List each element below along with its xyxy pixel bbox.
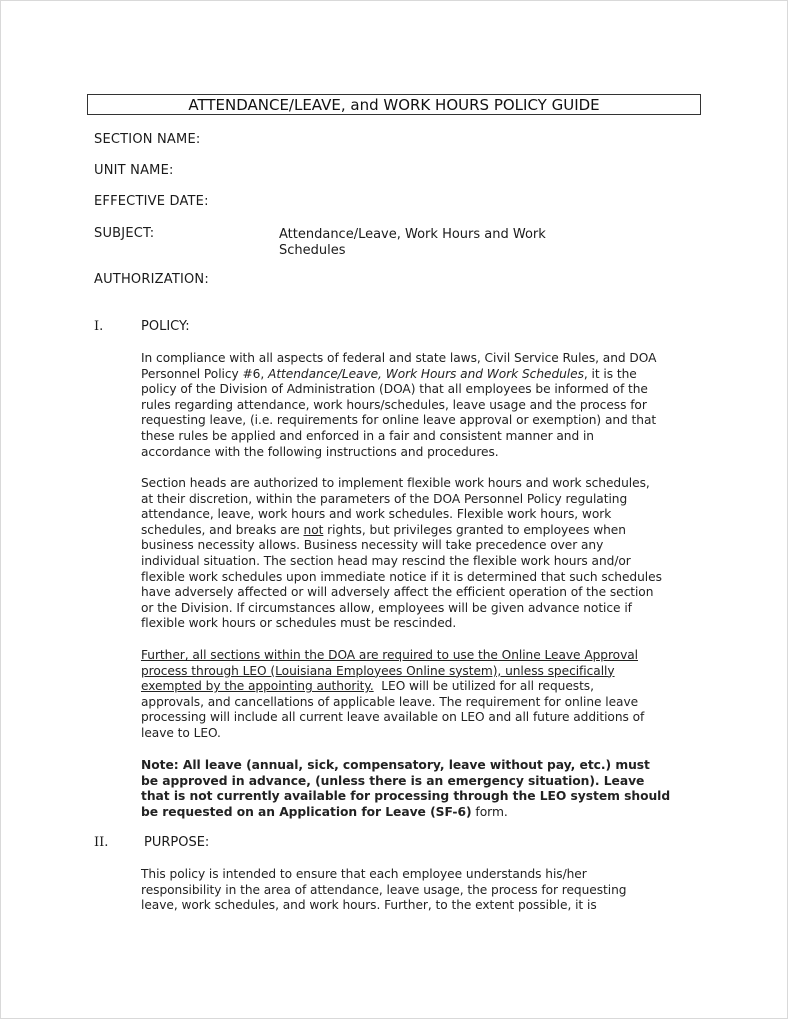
- text-line: In compliance with all aspects of federa…: [141, 351, 711, 367]
- text-line: at their discretion, within the paramete…: [141, 492, 711, 508]
- text-span: rights, but privileges granted to employ…: [323, 523, 626, 537]
- text-span-underlined: exempted by the appointing authority.: [141, 679, 374, 693]
- section-title-policy: POLICY:: [141, 319, 190, 334]
- effective-date-label: EFFECTIVE DATE:: [94, 194, 209, 209]
- section-title-purpose: PURPOSE:: [144, 835, 209, 850]
- text-line: attendance, leave, work hours and work s…: [141, 507, 711, 523]
- policy-reference-italic: Attendance/Leave, Work Hours and Work Sc…: [268, 367, 584, 381]
- text-line: business necessity allows. Business nece…: [141, 538, 711, 554]
- policy-paragraph-3: Further, all sections within the DOA are…: [141, 648, 711, 742]
- subject-label: SUBJECT:: [94, 226, 154, 241]
- subject-value: Attendance/Leave, Work Hours and Work Sc…: [279, 227, 609, 259]
- policy-paragraph-1: In compliance with all aspects of federa…: [141, 351, 711, 460]
- text-line: accordance with the following instructio…: [141, 445, 711, 461]
- text-line: This policy is intended to ensure that e…: [141, 867, 711, 883]
- text-line: these rules be applied and enforced in a…: [141, 429, 711, 445]
- text-line: processing will include all current leav…: [141, 710, 711, 726]
- subject-value-line: Schedules: [279, 243, 609, 259]
- text-line: schedules, and breaks are not rights, bu…: [141, 523, 711, 539]
- text-span: schedules, and breaks are: [141, 523, 304, 537]
- text-line: Personnel Policy #6, Attendance/Leave, W…: [141, 367, 711, 383]
- section-number: I.: [94, 319, 103, 334]
- note-line: be requested on an Application for Leave…: [141, 805, 711, 821]
- document-title: ATTENDANCE/LEAVE, and WORK HOURS POLICY …: [87, 94, 701, 115]
- text-line: policy of the Division of Administration…: [141, 382, 711, 398]
- text-line-underlined: process through LEO (Louisiana Employees…: [141, 664, 711, 680]
- text-line: individual situation. The section head m…: [141, 554, 711, 570]
- subject-value-line: Attendance/Leave, Work Hours and Work: [279, 227, 609, 243]
- note-span: be requested on an Application for Leave…: [141, 805, 472, 819]
- text-line: Section heads are authorized to implemen…: [141, 476, 711, 492]
- note-line: Note: All leave (annual, sick, compensat…: [141, 758, 711, 774]
- text-line: or the Division. If circumstances allow,…: [141, 601, 711, 617]
- text-line: approvals, and cancellations of applicab…: [141, 695, 711, 711]
- text-line: responsibility in the area of attendance…: [141, 883, 711, 899]
- text-line: flexible work schedules upon immediate n…: [141, 570, 711, 586]
- text-line: rules regarding attendance, work hours/s…: [141, 398, 711, 414]
- purpose-paragraph-1: This policy is intended to ensure that e…: [141, 867, 711, 914]
- text-line: flexible work hours or schedules must be…: [141, 616, 711, 632]
- emphasis-underline: not: [304, 523, 324, 537]
- policy-paragraph-2: Section heads are authorized to implemen…: [141, 476, 711, 632]
- text-line: leave, work schedules, and work hours. F…: [141, 898, 711, 914]
- authorization-label: AUTHORIZATION:: [94, 272, 209, 287]
- text-line: leave to LEO.: [141, 726, 711, 742]
- section-number: II.: [94, 835, 108, 850]
- text-line-underlined: Further, all sections within the DOA are…: [141, 648, 711, 664]
- note-line: that is not currently available for proc…: [141, 789, 711, 805]
- text-line: have adversely affected or will adversel…: [141, 585, 711, 601]
- section-name-label: SECTION NAME:: [94, 132, 200, 147]
- note-span-normal: form.: [472, 805, 508, 819]
- text-line: exempted by the appointing authority. LE…: [141, 679, 711, 695]
- text-span: Personnel Policy #6,: [141, 367, 268, 381]
- policy-note: Note: All leave (annual, sick, compensat…: [141, 758, 711, 820]
- text-span: , it is the: [584, 367, 637, 381]
- document-title-text: ATTENDANCE/LEAVE, and WORK HOURS POLICY …: [188, 96, 599, 114]
- text-line: requesting leave, (i.e. requirements for…: [141, 413, 711, 429]
- document-page: ATTENDANCE/LEAVE, and WORK HOURS POLICY …: [0, 0, 788, 1019]
- note-line: be approved in advance, (unless there is…: [141, 774, 711, 790]
- text-span: LEO will be utilized for all requests,: [374, 679, 594, 693]
- unit-name-label: UNIT NAME:: [94, 163, 174, 178]
